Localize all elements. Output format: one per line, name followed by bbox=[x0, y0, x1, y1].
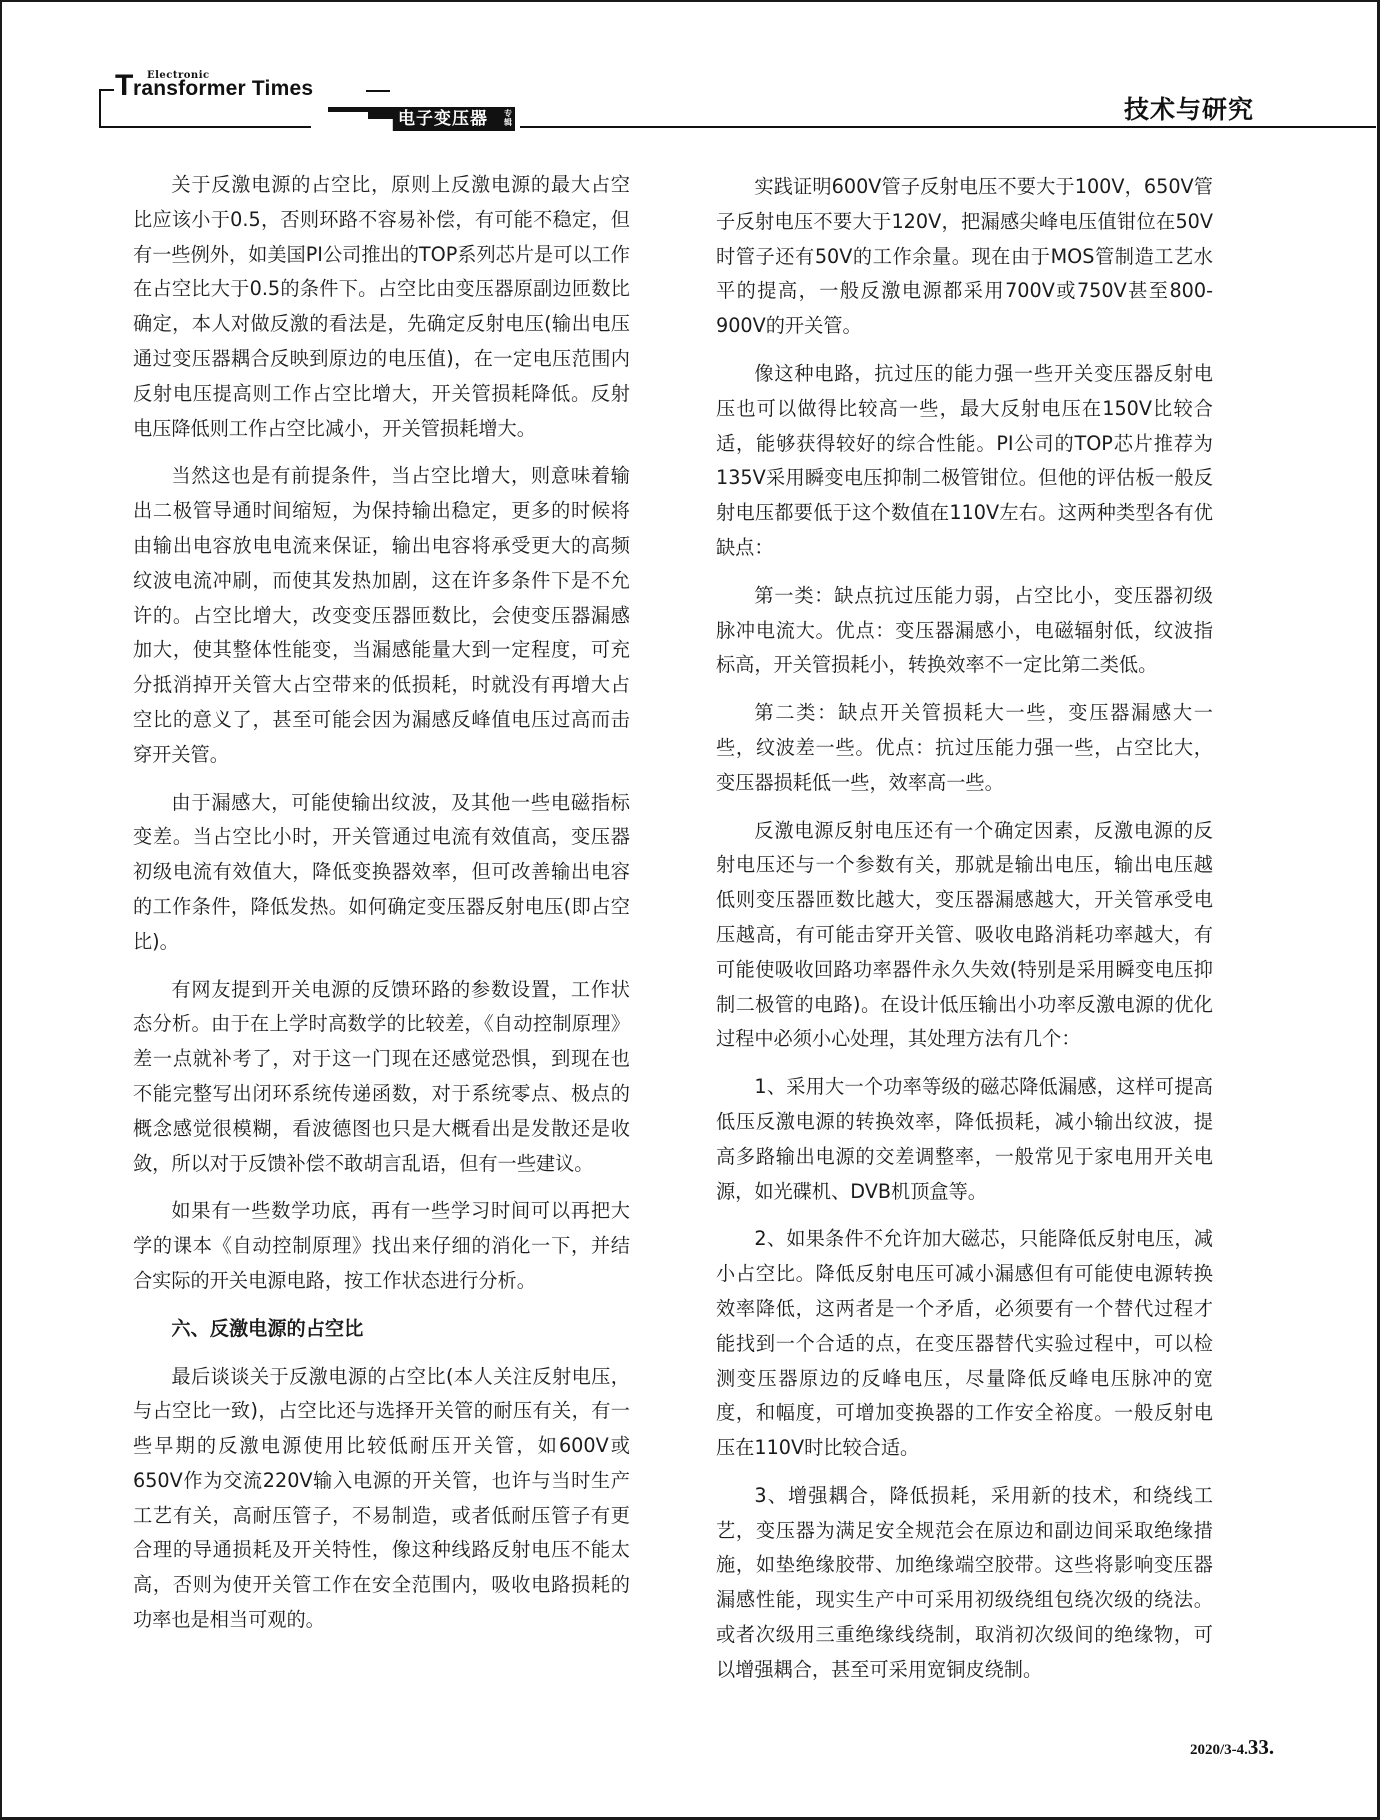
issue-date: 2020/3-4. bbox=[1190, 1742, 1248, 1758]
journal-cn-title: 电子变压器 bbox=[398, 108, 488, 130]
paragraph: 关于反激电源的占空比，原则上反激电源的最大占空比应该小于0.5，否则环路不容易补… bbox=[133, 168, 630, 446]
paragraph: 有网友提到开关电源的反馈环路的参数设置，工作状态分析。由于在上学时高数学的比较差… bbox=[133, 973, 630, 1182]
paragraph: 当然这也是有前提条件，当占空比增大，则意味着输出二极管导通时间缩短，为保持输出稳… bbox=[133, 459, 630, 772]
section-heading: 六、反激电源的占空比 bbox=[133, 1312, 630, 1347]
paragraph: 反激电源反射电压还有一个确定因素，反激电源的反射电压还与一个参数有关，那就是输出… bbox=[716, 814, 1213, 1058]
journal-logo-big-t: T bbox=[115, 71, 133, 101]
left-column: 关于反激电源的占空比，原则上反激电源的最大占空比应该小于0.5，否则环路不容易补… bbox=[133, 168, 630, 1651]
journal-logo-title: ransformer Times bbox=[133, 78, 313, 99]
right-column: 实践证明600V管子反射电压不要大于100V，650V管子反射电压不要大于120… bbox=[716, 170, 1213, 1701]
section-title: 技术与研究 bbox=[1124, 95, 1254, 125]
header-rule-bottom-right bbox=[520, 126, 1376, 128]
header-rule-vertical bbox=[99, 89, 101, 127]
header-rule-bottom-left bbox=[99, 126, 311, 128]
paragraph: 如果有一些数学功底，再有一些学习时间可以再把大学的课本《自动控制原理》找出来仔细… bbox=[133, 1194, 630, 1298]
paragraph: 实践证明600V管子反射电压不要大于100V，650V管子反射电压不要大于120… bbox=[716, 170, 1213, 344]
paragraph: 第二类：缺点开关管损耗大一些，变压器漏感大一些，纹波差一些。优点：抗过压能力强一… bbox=[716, 696, 1213, 800]
page-number: 33. bbox=[1248, 1735, 1274, 1759]
paragraph: 3、增强耦合，降低损耗，采用新的技术，和绕线工艺，变压器为满足安全规范会在原边和… bbox=[716, 1479, 1213, 1688]
header-rule-right-dash bbox=[366, 90, 390, 92]
header-rule-left-dash bbox=[100, 89, 114, 91]
paragraph: 由于漏感大，可能使输出纹波，及其他一些电磁指标变差。当占空比小时，开关管通过电流… bbox=[133, 786, 630, 960]
journal-cn-subtitle: 专辑 bbox=[504, 109, 513, 127]
page-folio: 2020/3-4.33. bbox=[1190, 1735, 1274, 1760]
paragraph: 最后谈谈关于反激电源的占空比(本人关注反射电压，与占空比一致)，占空比还与选择开… bbox=[133, 1360, 630, 1638]
paragraph: 第一类：缺点抗过压能力弱，占空比小，变压器初级脉冲电流大。优点：变压器漏感小，电… bbox=[716, 579, 1213, 683]
paragraph: 1、采用大一个功率等级的磁芯降低漏感，这样可提高低压反激电源的转换效率，降低损耗… bbox=[716, 1070, 1213, 1209]
paragraph: 2、如果条件不允许加大磁芯，只能降低反射电压，减小占空比。降低反射电压可减小漏感… bbox=[716, 1222, 1213, 1466]
paragraph: 像这种电路，抗过压的能力强一些开关变压器反射电压也可以做得比较高一些，最大反射电… bbox=[716, 357, 1213, 566]
